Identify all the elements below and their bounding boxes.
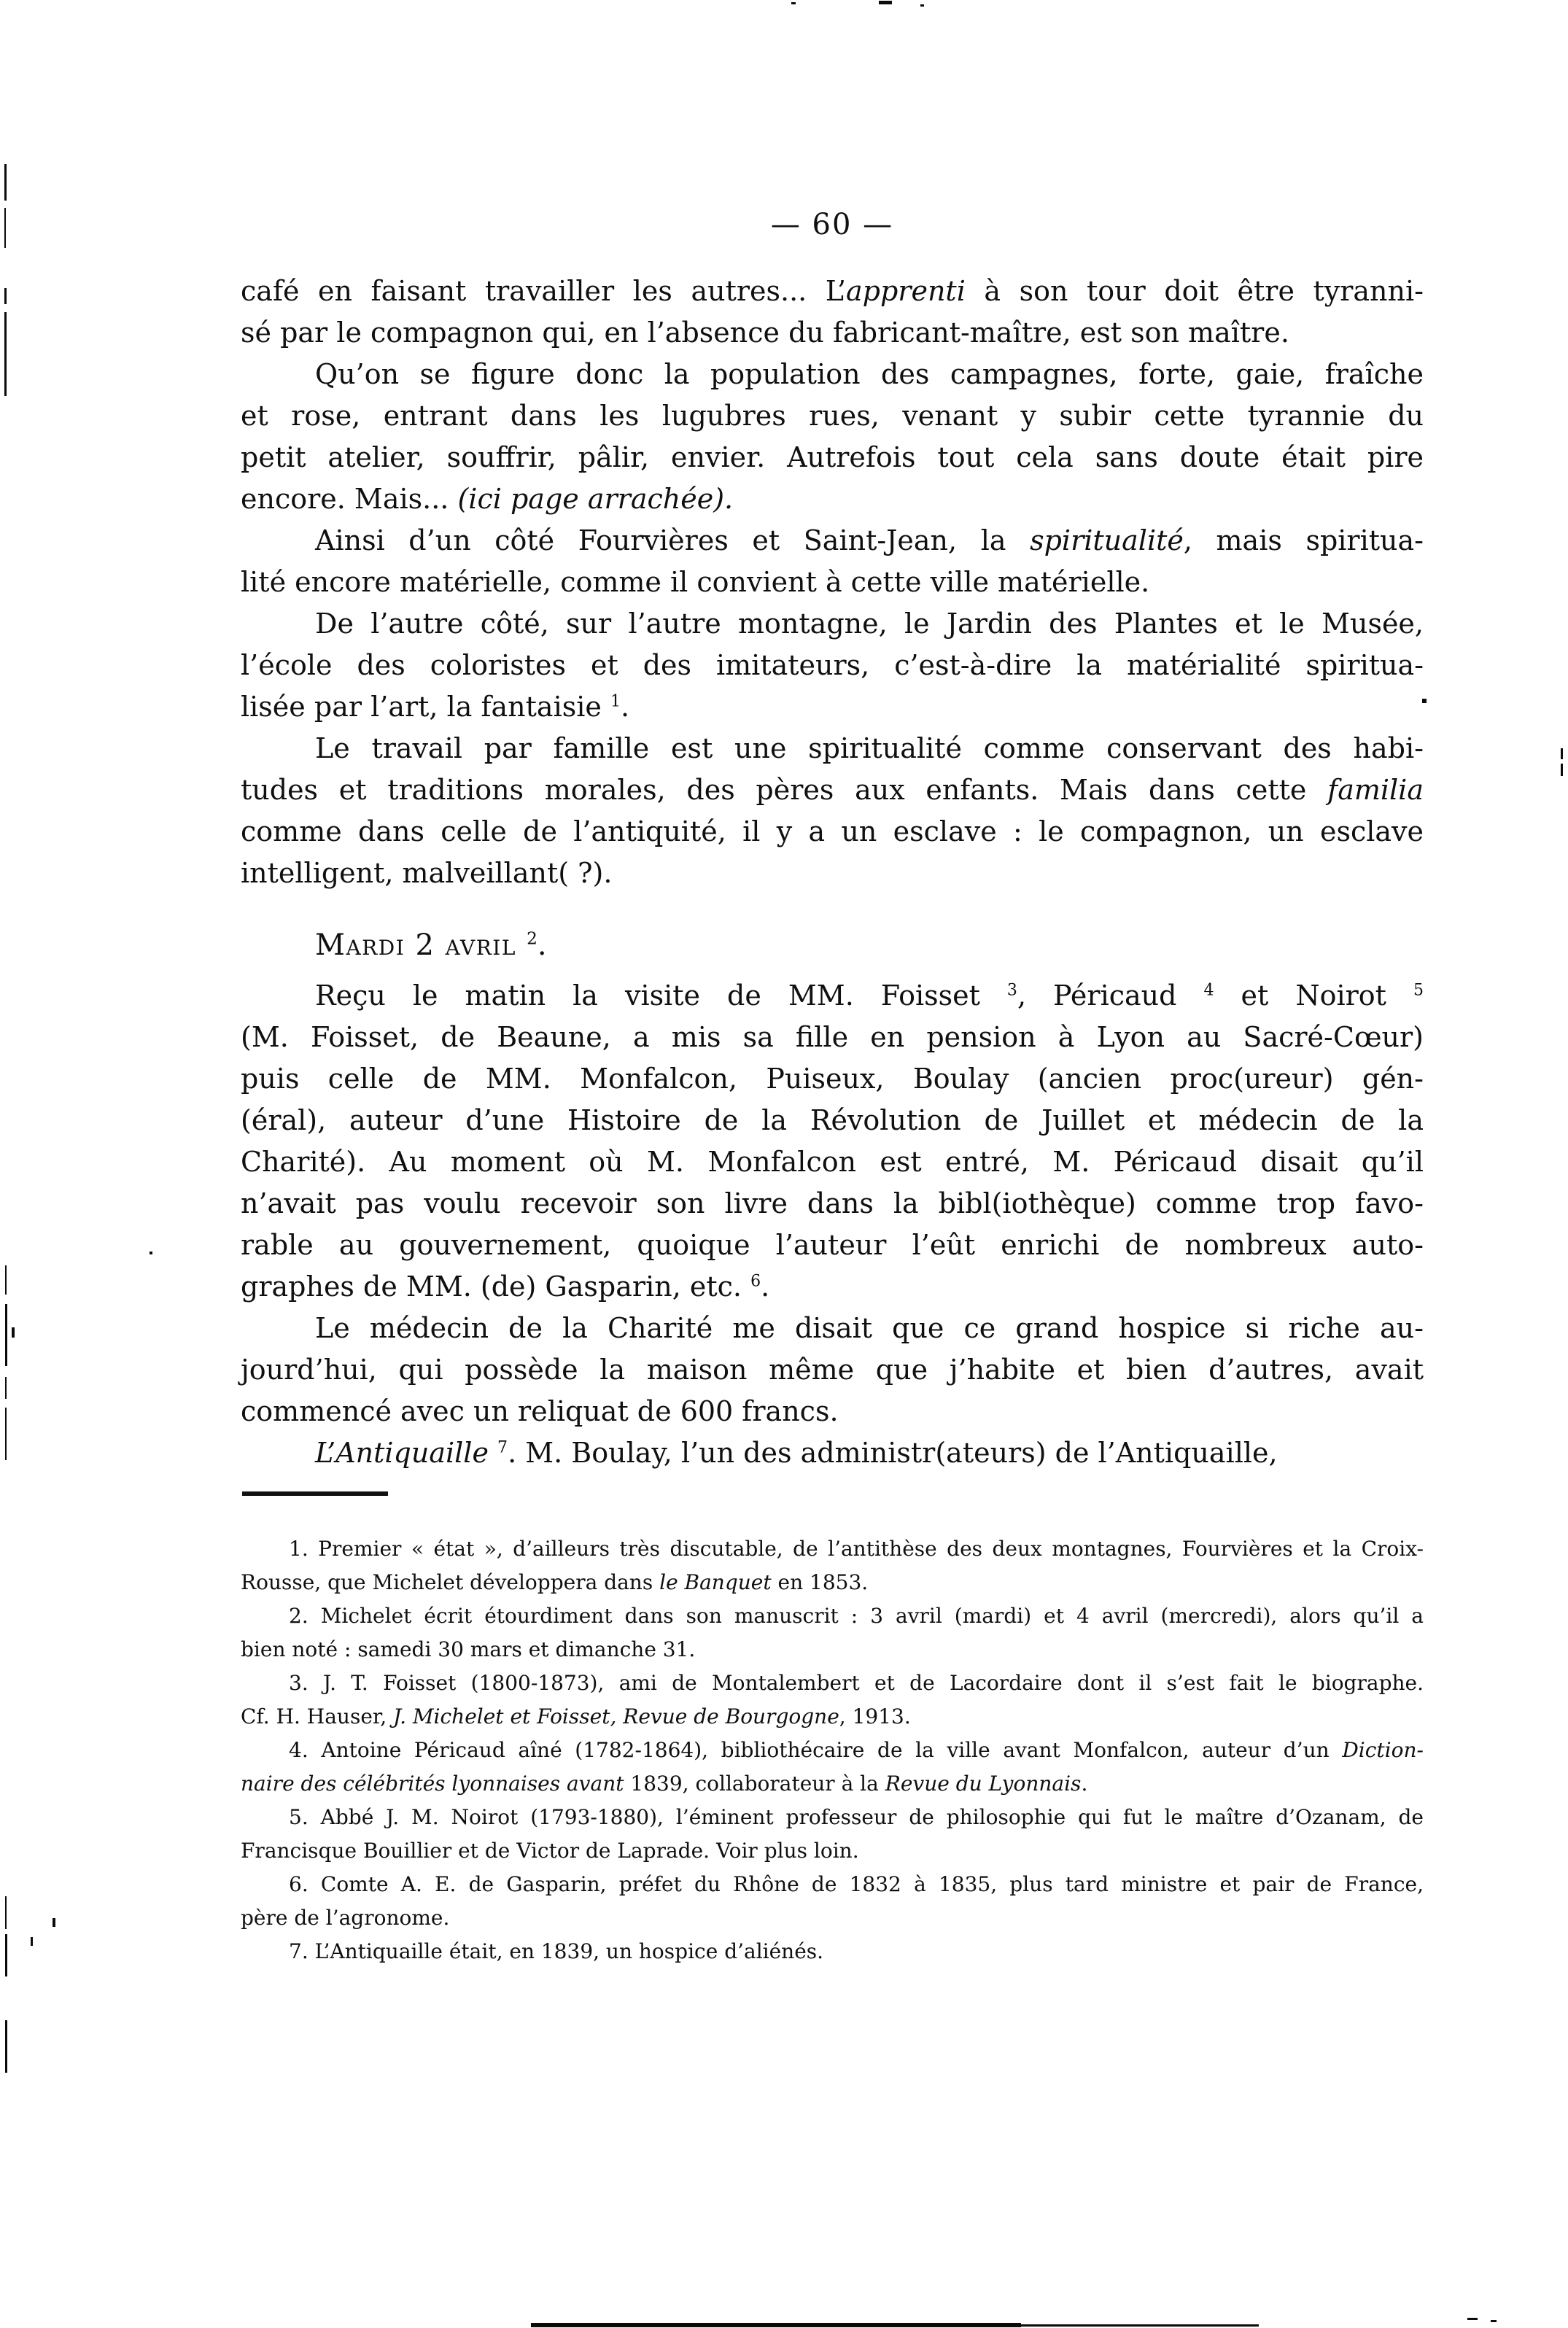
scan-artifact-dot (1422, 699, 1427, 703)
footnote-separator (242, 1491, 388, 1496)
text-line: 3. J. T. Foisset (1800-1873), ami de Mon… (241, 1667, 1424, 1700)
body-text: café en faisant travailler les autres...… (241, 271, 1424, 1474)
paragraph-1: café en faisant travailler les autres...… (241, 271, 1424, 354)
text-line: n’avait pas voulu recevoir son livre dan… (241, 1183, 1424, 1225)
scan-artifact-bottom-tick (1467, 2318, 1478, 2320)
text-line: Le médecin de la Charité me disait que c… (241, 1308, 1424, 1349)
scan-artifact-speck (920, 4, 924, 7)
text-line: Charité). Au moment où M. Monfalcon est … (241, 1141, 1424, 1183)
page-number: — 60 — (241, 208, 1424, 241)
text-line: De l’autre côté, sur l’autre montagne, l… (241, 603, 1424, 645)
scan-artifact-left-line (5, 1304, 7, 1366)
scan-artifact-left-line (4, 208, 6, 248)
text-line: rable au gouvernement, quoique l’auteur … (241, 1225, 1424, 1266)
footnote-reference: 7 (497, 1438, 508, 1456)
footnote-5: 5. Abbé J. M. Noirot (1793-1880), l’émin… (241, 1801, 1424, 1868)
text-line: L’Antiquaille 7. M. Boulay, l’un des adm… (241, 1432, 1424, 1474)
text-line: Qu’on se figure donc la population des c… (241, 354, 1424, 395)
text-line: l’école des coloristes et des imitateurs… (241, 645, 1424, 686)
footnote-reference: 2 (527, 929, 537, 949)
paragraph-4: De l’autre côté, sur l’autre montagne, l… (241, 603, 1424, 728)
footnotes: 1. Premier « état », d’ailleurs très dis… (241, 1532, 1424, 1968)
paragraph-8: L’Antiquaille 7. M. Boulay, l’un des adm… (241, 1432, 1424, 1474)
scan-artifact-speck (150, 1252, 152, 1254)
footnote-reference: 5 (1413, 981, 1424, 999)
date-heading: Mardi 2 avril 2. (241, 925, 1424, 966)
scan-artifact-bottom-line (1018, 2324, 1259, 2327)
paragraph-7: Le médecin de la Charité me disait que c… (241, 1308, 1424, 1432)
text-line: (M. Foisset, de Beaune, a mis sa fille e… (241, 1017, 1424, 1058)
scan-artifact-right-dash (1561, 748, 1563, 759)
scan-artifact-left-line (5, 1408, 7, 1460)
scan-artifact-left-line (5, 1377, 7, 1399)
scan-artifact-left-line (5, 1896, 7, 1929)
footnote-7: 7. L’Antiquaille était, en 1839, un hosp… (241, 1935, 1424, 1968)
book-page: — 60 — café en faisant travailler les au… (0, 0, 1568, 2328)
text-line: 4. Antoine Péricaud aîné (1782-1864), bi… (241, 1734, 1424, 1767)
text-line: (éral), auteur d’une Histoire de la Révo… (241, 1100, 1424, 1141)
text-line: commencé avec un reliquat de 600 francs. (241, 1391, 1424, 1432)
scan-artifact-tick (12, 1327, 15, 1338)
scan-artifact-tick (31, 1937, 33, 1946)
scan-artifact-bottom-tick (1491, 2320, 1497, 2322)
paragraph-3: Ainsi d’un côté Fourvières et Saint-Jean… (241, 520, 1424, 603)
footnote-reference: 3 (1007, 981, 1017, 999)
scan-artifact-left-line (4, 312, 7, 396)
text-line: 1. Premier « état », d’ailleurs très dis… (241, 1532, 1424, 1566)
text-line: père de l’agronome. (241, 1901, 1424, 1935)
text-line: Reçu le matin la visite de MM. Foisset 3… (241, 975, 1424, 1017)
footnote-6: 6. Comte A. E. de Gasparin, préfet du Rh… (241, 1868, 1424, 1935)
text-line: bien noté : samedi 30 mars et dimanche 3… (241, 1633, 1424, 1667)
scan-artifact-left-line (4, 288, 7, 304)
footnote-4: 4. Antoine Péricaud aîné (1782-1864), bi… (241, 1734, 1424, 1801)
text-line: lisée par l’art, la fantaisie 1. (241, 686, 1424, 728)
text-line: naire des célébrités lyonnaises avant 18… (241, 1767, 1424, 1801)
text-line: Cf. H. Hauser, J. Michelet et Foisset, R… (241, 1700, 1424, 1734)
text-line: Francisque Bouillier et de Victor de Lap… (241, 1834, 1424, 1868)
text-line: comme dans celle de l’antiquité, il y a … (241, 811, 1424, 853)
scan-artifact-left-line (5, 2020, 7, 2073)
scan-artifact-top-dash (879, 1, 892, 4)
text-column: — 60 — café en faisant travailler les au… (241, 208, 1424, 1968)
text-line: Rousse, que Michelet développera dans le… (241, 1566, 1424, 1599)
text-line: petit atelier, souffrir, pâlir, envier. … (241, 437, 1424, 478)
paragraph-5: Le travail par famille est une spiritual… (241, 728, 1424, 894)
text-line: encore. Mais... (ici page arrachée). (241, 478, 1424, 520)
footnote-3: 3. J. T. Foisset (1800-1873), ami de Mon… (241, 1667, 1424, 1734)
footnote-reference: 1 (610, 692, 621, 710)
paragraph-6: Reçu le matin la visite de MM. Foisset 3… (241, 975, 1424, 1308)
paragraph-2: Qu’on se figure donc la population des c… (241, 354, 1424, 520)
text-line: Ainsi d’un côté Fourvières et Saint-Jean… (241, 520, 1424, 562)
footnote-2: 2. Michelet écrit étourdiment dans son m… (241, 1599, 1424, 1667)
text-line: graphes de MM. (de) Gasparin, etc. 6. (241, 1266, 1424, 1308)
text-line: intelligent, malveillant( ?). (241, 853, 1424, 894)
footnote-reference: 4 (1204, 981, 1214, 999)
scan-artifact-speck (791, 2, 796, 4)
scan-artifact-bottom-line (531, 2323, 1021, 2327)
text-line: café en faisant travailler les autres...… (241, 271, 1424, 312)
scan-artifact-tick (53, 1918, 55, 1927)
text-line: 6. Comte A. E. de Gasparin, préfet du Rh… (241, 1868, 1424, 1901)
text-line: Mardi 2 avril 2. (241, 925, 1424, 966)
footnote-1: 1. Premier « état », d’ailleurs très dis… (241, 1532, 1424, 1599)
text-line: 5. Abbé J. M. Noirot (1793-1880), l’émin… (241, 1801, 1424, 1834)
text-line: lité encore matérielle, comme il convien… (241, 562, 1424, 603)
text-line: tudes et traditions morales, des pères a… (241, 769, 1424, 811)
text-line: 7. L’Antiquaille était, en 1839, un hosp… (241, 1935, 1424, 1968)
text-line: Le travail par famille est une spiritual… (241, 728, 1424, 769)
scan-artifact-left-line (4, 164, 7, 201)
text-line: sé par le compagnon qui, en l’absence du… (241, 312, 1424, 354)
text-line: 2. Michelet écrit étourdiment dans son m… (241, 1599, 1424, 1633)
text-line: et rose, entrant dans les lugubres rues,… (241, 395, 1424, 437)
scan-artifact-left-line (5, 1934, 7, 1976)
scan-artifact-left-line (5, 1265, 7, 1295)
footnote-reference: 6 (750, 1272, 761, 1290)
scan-artifact-right-dash (1561, 764, 1563, 776)
text-line: jourd’hui, qui possède la maison même qu… (241, 1349, 1424, 1391)
text-line: puis celle de MM. Monfalcon, Puiseux, Bo… (241, 1058, 1424, 1100)
